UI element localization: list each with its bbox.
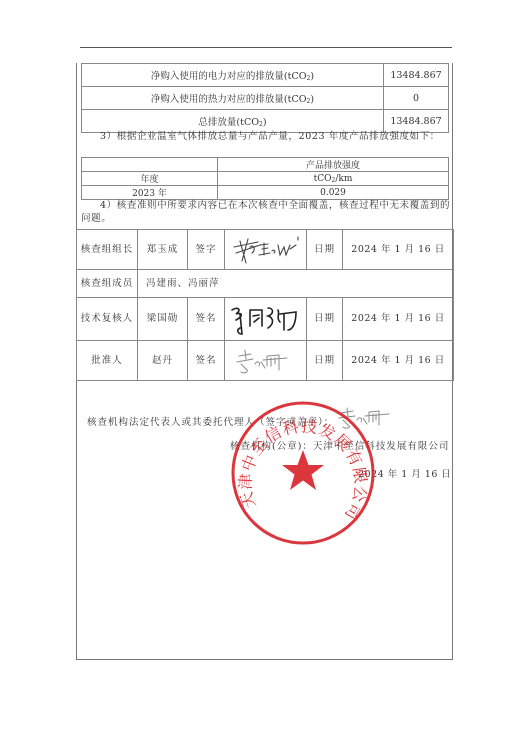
- company-seal-stamp-icon: 天津中至信科技发展有限公司: [228, 398, 378, 548]
- handwritten-signature-icon: [228, 233, 304, 267]
- intensity-table: 产品排放强度 年度 tCO2/km 2023 年 0.029: [81, 157, 449, 200]
- intensity-value: 0.029: [218, 186, 449, 200]
- sign-label: 签名: [188, 341, 225, 381]
- members-row: 核查组成员 冯建雨、冯丽萍: [77, 270, 454, 298]
- row-label: 净购入使用的热力对应的排放量(tCO2): [82, 87, 384, 110]
- role-label: 批准人: [77, 341, 138, 381]
- role-label: 核查组成员: [77, 270, 138, 298]
- approver-row: 批准人 赵丹 签名 日期 2024 年 1 月 16 日: [77, 341, 454, 381]
- row-label: 净购入使用的电力对应的排放量(tCO2): [82, 64, 384, 87]
- signature-image: [225, 298, 307, 341]
- row-value: 13484.867: [384, 64, 449, 87]
- empty-header-cell: [82, 158, 218, 172]
- row-value: 0: [384, 87, 449, 110]
- paragraph-4: 4）核查准则中所要求内容已在本次核查中全面覆盖，核查过程中无未覆盖到的问题。: [81, 199, 451, 225]
- sign-date: 2024 年 1 月 16 日: [343, 341, 454, 381]
- paragraph-3: 3）根据企业温室气体排放总量与产品产量，2023 年度产品排放强度如下：: [81, 130, 451, 143]
- sign-label: 签字: [188, 230, 225, 270]
- date-label: 日期: [307, 230, 343, 270]
- handwritten-signature-icon: [231, 346, 301, 376]
- emissions-table: 净购入使用的电力对应的排放量(tCO2) 13484.867 净购入使用的热力对…: [81, 63, 449, 133]
- year-value: 2023 年: [82, 186, 218, 200]
- year-label: 年度: [82, 172, 218, 186]
- sign-date: 2024 年 1 月 16 日: [343, 230, 454, 270]
- sign-label: 签名: [188, 298, 225, 341]
- person-name: 梁国勋: [138, 298, 188, 341]
- role-label: 技术复核人: [77, 298, 138, 341]
- person-name: 赵丹: [138, 341, 188, 381]
- date-label: 日期: [307, 341, 343, 381]
- table-row: 净购入使用的热力对应的排放量(tCO2) 0: [82, 87, 449, 110]
- person-name: 郑玉成: [138, 230, 188, 270]
- signature-image: [225, 341, 307, 381]
- table-row: 产品排放强度: [82, 158, 449, 172]
- reviewer-row: 技术复核人 梁国勋 签名 日期 2024 年 1 月 16 日: [77, 298, 454, 341]
- role-label: 核查组组长: [77, 230, 138, 270]
- member-names: 冯建雨、冯丽萍: [138, 270, 454, 298]
- signature-image: [225, 230, 307, 270]
- intensity-header: 产品排放强度: [218, 158, 449, 172]
- header-rule: [80, 47, 452, 48]
- table-row: 净购入使用的电力对应的排放量(tCO2) 13484.867: [82, 64, 449, 87]
- sign-date: 2024 年 1 月 16 日: [343, 298, 454, 341]
- table-row: 年度 tCO2/km: [82, 172, 449, 186]
- signature-table: 核查组组长 郑玉成 签字 日期 2024 年 1 月 16 日 核查组成员 冯建…: [76, 229, 454, 381]
- intensity-unit: tCO2/km: [218, 172, 449, 186]
- date-label: 日期: [307, 298, 343, 341]
- leader-row: 核查组组长 郑玉成 签字 日期 2024 年 1 月 16 日: [77, 230, 454, 270]
- handwritten-signature-icon: [228, 300, 304, 338]
- table-row: 2023 年 0.029: [82, 186, 449, 200]
